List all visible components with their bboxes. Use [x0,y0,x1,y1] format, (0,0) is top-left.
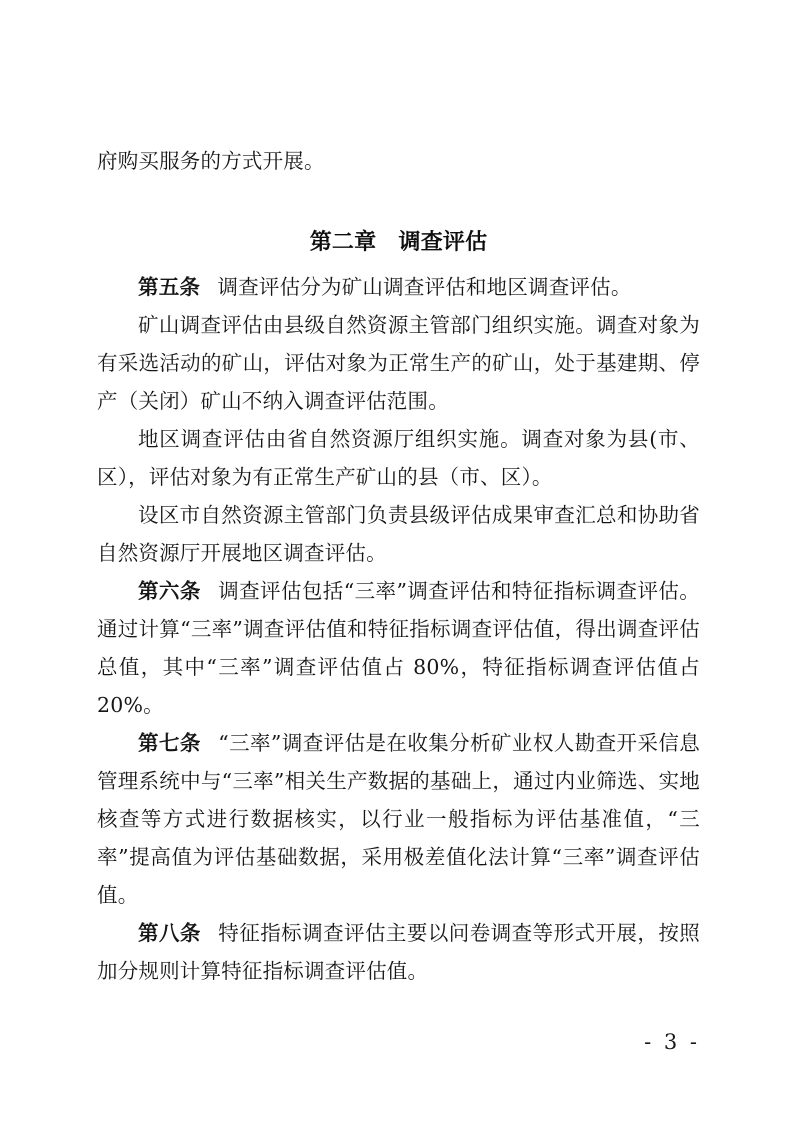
article-8-paragraph: 第八条特征指标调查评估主要以问卷调查等形式开展，按照加分规则计算特征指标调查评估… [97,914,700,990]
document-page: 府购买服务的方式开展。 第二章 调查评估 第五条调查评估分为矿山调查评估和地区调… [0,0,800,1132]
paragraph-text: 设区市自然资源主管部门负责县级评估成果审查汇总和协助省自然资源厅开展地区调查评估… [97,503,700,565]
article-8-lead: 第八条 [138,921,201,945]
article-5-paragraph: 第五条调查评估分为矿山调查评估和地区调查评估。 [97,268,700,306]
body-paragraph: 地区调查评估由省自然资源厅组织实施。调查对象为县(市、区），评估对象为有正常生产… [97,420,700,496]
article-7-paragraph: 第七条“三率”调查评估是在收集分析矿业权人勘查开采信息管理系统中与“三率”相关生… [97,724,700,914]
body-paragraph: 设区市自然资源主管部门负责县级评估成果审查汇总和协助省自然资源厅开展地区调查评估… [97,496,700,572]
article-6-lead: 第六条 [138,579,201,603]
body-paragraph: 矿山调查评估由县级自然资源主管部门组织实施。调查对象为有采选活动的矿山，评估对象… [97,306,700,420]
document-body: 府购买服务的方式开展。 第二章 调查评估 第五条调查评估分为矿山调查评估和地区调… [97,142,700,990]
article-7-text: “三率”调查评估是在收集分析矿业权人勘查开采信息管理系统中与“三率”相关生产数据… [97,731,700,907]
article-5-text: 调查评估分为矿山调查评估和地区调查评估。 [218,275,632,299]
continuation-paragraph: 府购买服务的方式开展。 [97,142,700,180]
article-5-lead: 第五条 [138,275,200,299]
paragraph-text: 矿山调查评估由县级自然资源主管部门组织实施。调查对象为有采选活动的矿山，评估对象… [97,313,700,413]
page-number: - 3 - [644,1028,700,1056]
article-7-lead: 第七条 [138,731,201,755]
paragraph-text: 地区调查评估由省自然资源厅组织实施。调查对象为县(市、区），评估对象为有正常生产… [97,427,700,489]
article-6-paragraph: 第六条调查评估包括“三率”调查评估和特征指标调查评估。通过计算“三率”调查评估值… [97,572,700,724]
chapter-heading: 第二章 调查评估 [97,224,700,262]
